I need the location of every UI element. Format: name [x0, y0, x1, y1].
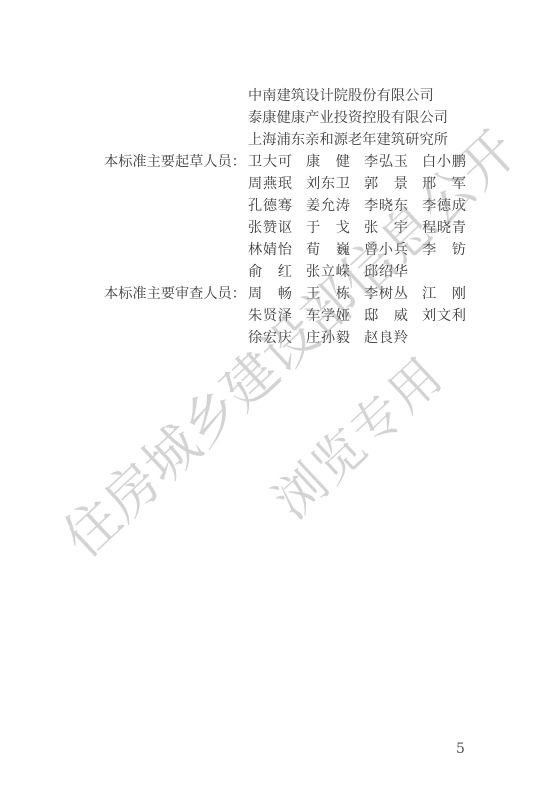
- name-row: 张赞讴于 戈张 宇程晓青: [248, 217, 480, 239]
- person-name: 张 宇: [364, 217, 408, 239]
- person-name: 李晓东: [364, 195, 408, 217]
- name-row: 孔德骞姜允涛李晓东李德成: [248, 195, 480, 217]
- person-name: 周 畅: [248, 283, 292, 305]
- name-row: 林婧怡荀 巍曾小兵李 钫: [248, 239, 480, 261]
- person-name: 邸 威: [364, 305, 408, 327]
- person-name: 刘文利: [422, 305, 466, 327]
- organization-name: 泰康健康产业投资控股有限公司: [248, 107, 448, 129]
- reviewers-names: 周 畅王 栋李树丛江 刚 朱贤泽车学娅邸 威刘文利 徐宏庆庄孙毅赵良羚: [248, 283, 480, 349]
- person-name: 周燕珉: [248, 173, 292, 195]
- name-row: 周燕珉刘东卫郭 景邢 军: [248, 173, 480, 195]
- person-name: 李德成: [422, 195, 466, 217]
- person-name: 李 钫: [422, 239, 466, 261]
- drafters-names: 卫大可康 健李弘玉白小鹏 周燕珉刘东卫郭 景邢 军 孔德骞姜允涛李晓东李德成 张…: [248, 151, 480, 283]
- person-name: 赵良羚: [364, 327, 408, 349]
- person-name: 张赞讴: [248, 217, 292, 239]
- person-name: 邢 军: [422, 173, 466, 195]
- person-name: 朱贤泽: [248, 305, 292, 327]
- page-number: 5: [456, 741, 465, 757]
- person-name: 荀 巍: [306, 239, 350, 261]
- person-name: 郭 景: [364, 173, 408, 195]
- name-row: 周 畅王 栋李树丛江 刚: [248, 283, 480, 305]
- person-name: 姜允涛: [306, 195, 350, 217]
- name-row: 俞 红张立嵘邱绍华: [248, 261, 480, 283]
- reviewers-label: 本标准主要审查人员：: [104, 283, 248, 305]
- person-name: 庄孙毅: [306, 327, 350, 349]
- person-name: 孔德骞: [248, 195, 292, 217]
- person-name: 车学娅: [306, 305, 350, 327]
- person-name: 曾小兵: [364, 239, 408, 261]
- organization-name: 中南建筑设计院股份有限公司: [248, 85, 448, 107]
- person-name: 李树丛: [364, 283, 408, 305]
- person-name: 程晓青: [422, 217, 466, 239]
- person-name: 邱绍华: [364, 261, 408, 283]
- name-row: 朱贤泽车学娅邸 威刘文利: [248, 305, 480, 327]
- name-row: 卫大可康 健李弘玉白小鹏: [248, 151, 480, 173]
- person-name: 张立嵘: [306, 261, 350, 283]
- person-name: 江 刚: [422, 283, 466, 305]
- name-row: 徐宏庆庄孙毅赵良羚: [248, 327, 480, 349]
- person-name: 于 戈: [306, 217, 350, 239]
- organization-name: 上海浦东亲和源老年建筑研究所: [248, 129, 448, 151]
- organization-list: 中南建筑设计院股份有限公司 泰康健康产业投资控股有限公司 上海浦东亲和源老年建筑…: [248, 85, 448, 151]
- person-name: 康 健: [306, 151, 350, 173]
- person-name: 刘东卫: [306, 173, 350, 195]
- drafters-label: 本标准主要起草人员：: [104, 151, 248, 173]
- person-name: 李弘玉: [364, 151, 408, 173]
- person-name: 卫大可: [248, 151, 292, 173]
- person-name: 王 栋: [306, 283, 350, 305]
- person-name: 徐宏庆: [248, 327, 292, 349]
- person-name: 白小鹏: [422, 151, 466, 173]
- watermark-line2: 浏览专用: [255, 338, 456, 533]
- person-name: 林婧怡: [248, 239, 292, 261]
- person-name: 俞 红: [248, 261, 292, 283]
- document-page: 中南建筑设计院股份有限公司 泰康健康产业投资控股有限公司 上海浦东亲和源老年建筑…: [0, 0, 550, 796]
